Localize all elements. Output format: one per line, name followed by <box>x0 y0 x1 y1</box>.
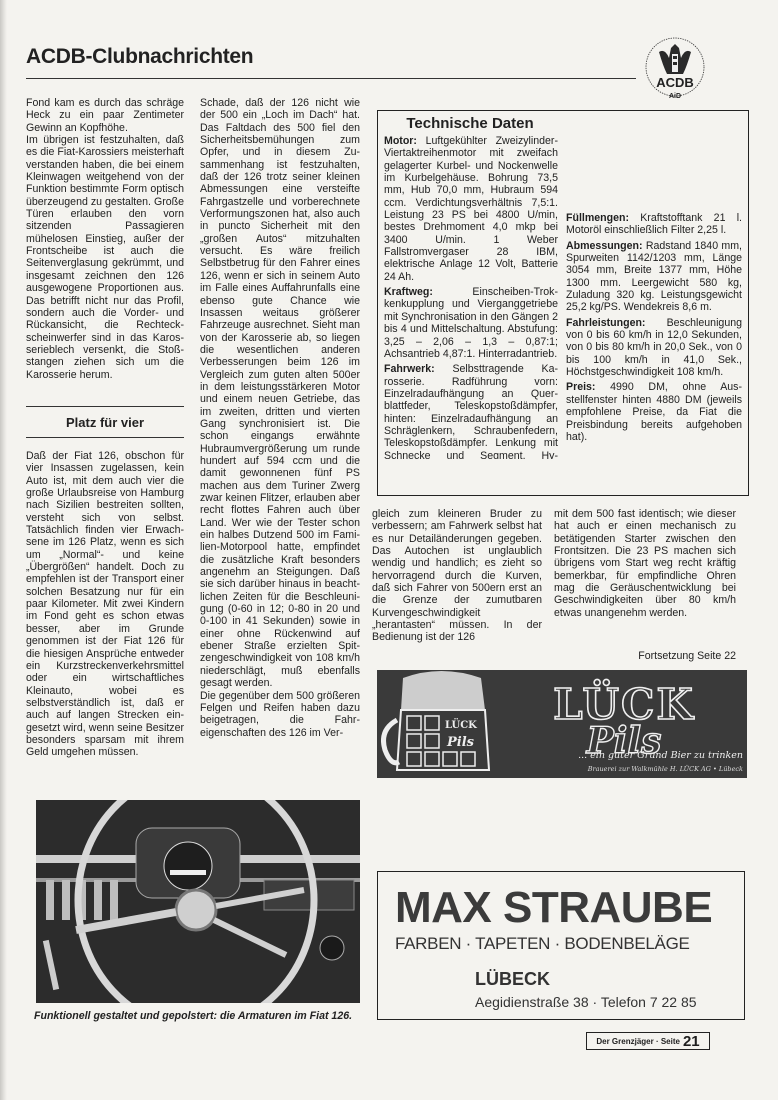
spec-label: Preis: <box>566 381 595 393</box>
spec-label: Motor: <box>384 135 417 147</box>
spec-text: Luftgekühlter Zweizy­linder-Viertaktreih… <box>384 135 558 283</box>
acdb-emblem-icon: ACDB AiD <box>643 36 707 102</box>
article-paragraph: gleich zum kleineren Bruder zu verbesser… <box>372 508 542 644</box>
ad-slogan: ... ein guter Grund Bier zu trinken <box>505 750 743 761</box>
svg-text:Pils: Pils <box>446 735 475 750</box>
svg-text:ACDB: ACDB <box>656 75 694 90</box>
spec-label: Kraftweg: <box>384 286 433 298</box>
article-column-3: gleich zum kleineren Bruder zu verbesser… <box>372 508 542 644</box>
svg-text:AiD: AiD <box>669 93 681 100</box>
spec-fahrleistungen: Fahrleistungen: Beschleuni­gung von 0 bi… <box>566 317 742 379</box>
spec-text: Selbsttragende Ka­rosserie. Radführung v… <box>384 363 558 459</box>
advertiser-tagline: FARBEN · TAPETEN · BODENBELÄGE <box>395 934 690 954</box>
header-rule <box>26 78 636 79</box>
spec-preis: Preis: 4990 DM, ohne Aus­stellfenster hi… <box>566 381 742 443</box>
spec-label: Füllmengen: <box>566 212 629 224</box>
spec-abmessungen: Abmessungen: Radstand 1840 mm, Spurweite… <box>566 240 742 314</box>
advertiser-name: MAX STRAUBE <box>395 886 712 930</box>
advertisement-lueck-pils[interactable]: LÜCK Pils LÜCK Pils ... ein guter Grund … <box>377 670 747 778</box>
article-column-2: Schade, daß der 126 nicht wie der 500 ei… <box>200 97 360 739</box>
article-paragraph: Die gegenüber dem 500 größe­ren Felgen u… <box>200 690 360 739</box>
spec-label: Fahrwerk: <box>384 363 435 375</box>
section-title: ACDB-Clubnachrichten <box>26 45 253 69</box>
ad-brewery: Brauerei zur Walkmühle H. LÜCK AG • Lübe… <box>505 765 743 773</box>
spec-label: Abmessungen: <box>566 240 643 252</box>
spec-motor: Motor: Luftgekühlter Zweizy­linder-Viert… <box>384 135 558 283</box>
page-footer: Der Grenzjäger · Seite 21 <box>586 1032 710 1050</box>
article-paragraph: Im übrigen ist festzuhalten, daß es die … <box>26 134 184 381</box>
svg-text:LÜCK: LÜCK <box>445 718 477 731</box>
subheading: Platz für vier <box>26 407 184 437</box>
advertiser-city: LÜBECK <box>475 969 550 990</box>
page-binding-edge <box>0 0 7 1100</box>
technical-data-column-right: Füllmengen: Kraftstofftank 21 l. Motoröl… <box>566 114 742 446</box>
publication-name: Der Grenzjäger · Seite <box>596 1037 680 1046</box>
continued-on-page-link[interactable]: Fortsetzung Seite 22 <box>554 650 736 662</box>
subheading-block: Platz für vier <box>26 406 184 438</box>
spec-fahrwerk: Fahrwerk: Selbsttragende Ka­rosserie. Ra… <box>384 363 558 459</box>
technical-data-column-left: Motor: Luftgekühlter Zweizy­linder-Viert… <box>384 135 558 462</box>
article-paragraph: Daß der Fiat 126, obschon für vier Insas… <box>26 450 184 759</box>
spec-label: Fahrleistungen: <box>566 317 645 329</box>
article-column-1b: Daß der Fiat 126, obschon für vier Insas… <box>26 450 184 759</box>
article-paragraph: Schade, daß der 126 nicht wie der 500 ei… <box>200 97 360 690</box>
technical-data-box: Technische Daten Motor: Luftgekühlter Zw… <box>377 110 749 496</box>
photo-caption: Funktionell gestaltet und gepolstert: di… <box>34 1010 374 1022</box>
subheading-rule-bottom <box>26 437 184 438</box>
beer-mug-icon: LÜCK Pils <box>381 670 501 778</box>
article-column-4: mit dem 500 fast identisch; wie dieser h… <box>554 508 736 619</box>
advertiser-address: Aegidienstraße 38 · Telefon 7 22 85 <box>475 994 697 1010</box>
article-column-1: Fond kam es durch das schräge Heck zu ei… <box>26 97 184 381</box>
dashboard-photo <box>36 800 360 1003</box>
article-paragraph: Fond kam es durch das schräge Heck zu ei… <box>26 97 184 134</box>
spec-kraftweg: Kraftweg: Einscheiben-Trok­kenkupplung u… <box>384 286 558 360</box>
page-number: 21 <box>683 1033 700 1050</box>
spec-fuellmengen: Füllmengen: Kraftstofftank 21 l. Motoröl… <box>566 212 742 237</box>
article-paragraph: mit dem 500 fast identisch; wie dieser h… <box>554 508 736 619</box>
technical-data-title: Technische Daten <box>378 111 562 132</box>
advertisement-max-straube[interactable]: MAX STRAUBE FARBEN · TAPETEN · BODENBELÄ… <box>377 871 745 1020</box>
